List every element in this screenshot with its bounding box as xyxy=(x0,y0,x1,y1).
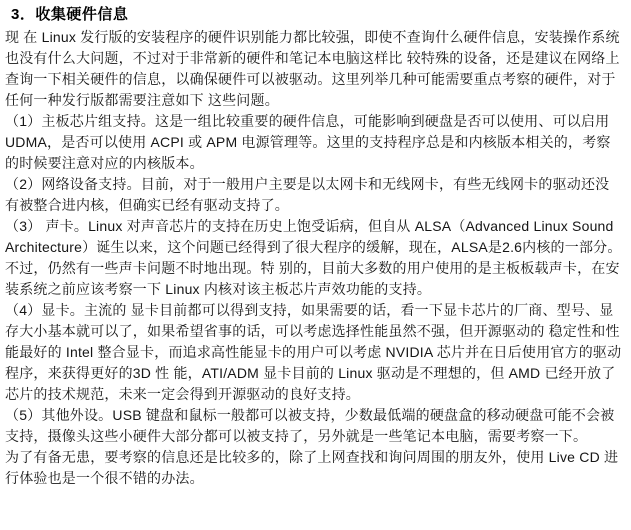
paragraph-item-3-soundcard: （3） 声卡。Linux 对声音芯片的支持在历史上饱受诟病，但自从 ALSA（A… xyxy=(5,216,623,300)
paragraph-conclusion: 为了有备无患，要考察的信息还是比较多的，除了上网查找和询问周围的朋友外，使用 L… xyxy=(5,447,623,489)
section-heading: 3．收集硬件信息 xyxy=(11,4,623,25)
paragraph-item-5-peripherals: （5）其他外设。USB 键盘和鼠标一般都可以被支持，少数最低端的硬盘盒的移动硬盘… xyxy=(5,405,623,447)
paragraph-item-1-chipset: （1）主板芯片组支持。这是一组比较重要的硬件信息，可能影响到硬盘是否可以使用、可… xyxy=(5,111,623,174)
paragraph-intro: 现 在 Linux 发行版的安装程序的硬件识别能力都比较强，即使不查询什么硬件信… xyxy=(5,27,623,111)
paragraph-item-2-network: （2）网络设备支持。目前，对于一般用户主要是以太网卡和无线网卡，有些无线网卡的驱… xyxy=(5,174,623,216)
document-page: 3．收集硬件信息 现 在 Linux 发行版的安装程序的硬件识别能力都比较强，即… xyxy=(0,0,631,530)
paragraph-item-4-graphics: （4）显卡。主流的 显卡目前都可以得到支持，如果需要的话，看一下显卡芯片的厂商、… xyxy=(5,300,623,405)
